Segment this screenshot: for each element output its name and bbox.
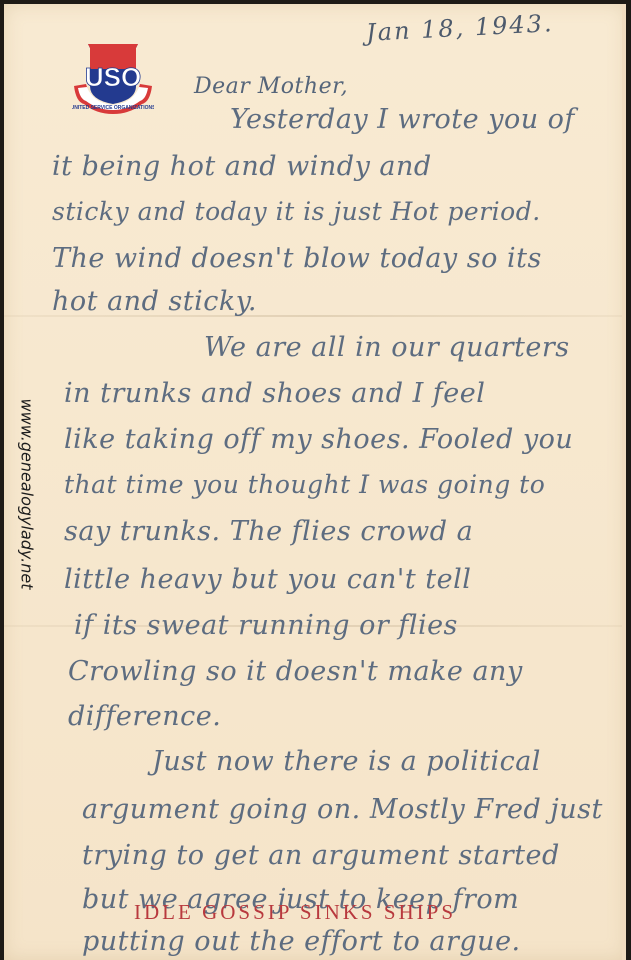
letter-line: it being hot and windy and [52,151,432,182]
letter-line: Just now there is a political [152,746,541,777]
uso-logo: USO UNITED SERVICE ORGANIZATIONS [72,42,154,114]
letter-line: Yesterday I wrote you of [230,104,575,135]
letter-line: say trunks. The flies crowd a [64,516,473,547]
watermark: www.genealogylady.net [12,384,42,604]
svg-text:USO: USO [85,62,141,92]
salutation: Dear Mother, [194,74,348,99]
letter-date: Jan 18, 1943. [365,9,554,47]
letter-line: putting out the effort to argue. [82,926,521,957]
letter-line: like taking off my shoes. Fooled you [64,424,573,455]
watermark-text: www.genealogylady.net [18,399,37,590]
letter-line: We are all in our quarters [204,332,570,363]
letter-line: sticky and today it is just Hot period. [52,197,541,226]
letter-line: Crowling so it doesn't make any [68,656,523,687]
letter-line: if its sweat running or flies [74,610,458,641]
letter-line: little heavy but you can't tell [64,564,471,595]
letter-line: The wind doesn't blow today so its [52,243,542,274]
paper-edge [622,4,626,960]
letter-line: argument going on. Mostly Fred just [82,794,603,825]
footer-slogan: IDLE GOSSIP SINKS SHIPS [134,900,456,925]
letter-line: that time you thought I was going to [64,470,545,499]
svg-text:UNITED SERVICE ORGANIZATIONS: UNITED SERVICE ORGANIZATIONS [72,105,154,111]
letter-line: hot and sticky. [52,286,257,317]
letter-line: trying to get an argument started [82,840,560,871]
letter-line: in trunks and shoes and I feel [64,378,485,409]
uso-shield-icon: USO UNITED SERVICE ORGANIZATIONS [72,42,154,114]
letter-page: USO UNITED SERVICE ORGANIZATIONS Jan 18,… [4,4,626,960]
letter-line: difference. [68,701,221,732]
